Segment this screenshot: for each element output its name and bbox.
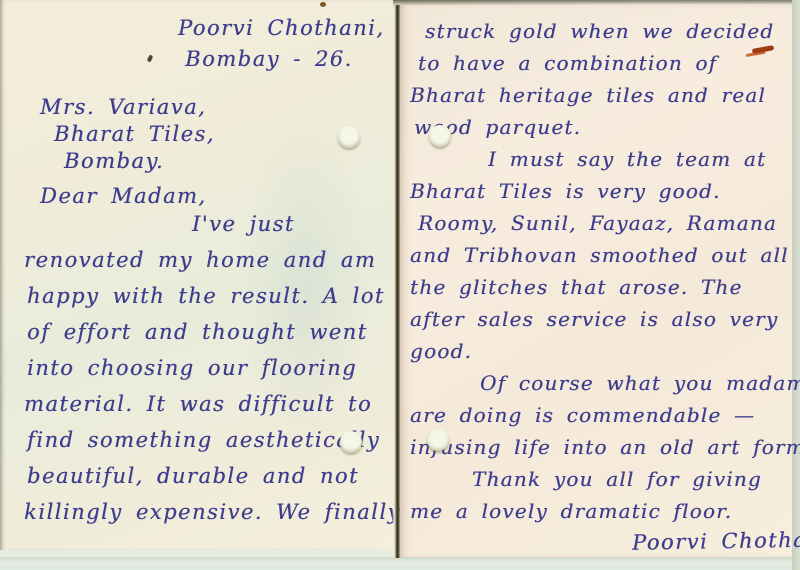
- handwritten-line: struck gold when we decided: [425, 15, 800, 47]
- recipient-address: Mrs. Variava,Bharat Tiles,Bombay.: [40, 94, 215, 175]
- handwritten-line: Roomy, Sunil, Fayaaz, Ramana: [418, 207, 800, 239]
- handwritten-line: and Tribhovan smoothed out all: [410, 239, 800, 271]
- handwritten-line: Of course what you madam: [480, 367, 800, 399]
- sender-heading-line: Bombay - 26.: [178, 44, 360, 75]
- handwritten-line: the glitches that arose. The: [410, 271, 800, 303]
- handwritten-line: infusing life into an old art form.: [410, 431, 800, 463]
- punch-hole-top-left: [338, 126, 360, 148]
- paper-speck: [320, 2, 326, 7]
- handwritten-line: into choosing our flooring: [27, 350, 401, 386]
- sender-heading: Poorvi Chothani,Bombay - 26.: [178, 13, 360, 75]
- handwritten-line: Bharat Tiles is very good.: [410, 175, 800, 207]
- handwritten-line: of effort and thought went: [27, 314, 401, 350]
- punch-hole-bottom-left: [340, 431, 362, 453]
- right-page-body: struck gold when we decidedto have a com…: [410, 15, 800, 527]
- scanned-letter: Poorvi Chothani,Bombay - 26. Mrs. Variav…: [0, 0, 800, 570]
- handwritten-line: me a lovely dramatic floor.: [410, 495, 800, 527]
- recipient-address-line: Mrs. Variava,: [40, 94, 215, 121]
- handwritten-line: beautiful, durable and not: [27, 458, 401, 494]
- handwritten-line: after sales service is also very: [410, 303, 800, 335]
- handwritten-line: I must say the team at: [488, 143, 800, 175]
- handwritten-line: wood parquet.: [414, 111, 800, 143]
- handwritten-line: material. It was difficult to: [24, 386, 401, 422]
- scan-edge-bottom: [0, 557, 800, 570]
- recipient-address-line: Bombay.: [64, 148, 215, 175]
- handwritten-line: Bharat heritage tiles and real: [410, 79, 800, 111]
- letter-page-left: Poorvi Chothani,Bombay - 26. Mrs. Variav…: [0, 0, 393, 550]
- signature: Poorvi Chothani.: [632, 527, 800, 555]
- handwritten-line: I've just: [192, 206, 401, 242]
- punch-hole-bottom-right: [427, 429, 449, 451]
- handwritten-line: are doing is commendable —: [410, 399, 800, 431]
- punch-hole-top-right: [429, 125, 451, 147]
- salutation: Dear Madam,: [40, 184, 207, 208]
- handwritten-line: Thank you all for giving: [472, 463, 800, 495]
- handwritten-line: happy with the result. A lot: [27, 278, 401, 314]
- handwritten-line: good.: [410, 335, 800, 367]
- sender-heading-line: Poorvi Chothani,: [178, 13, 360, 44]
- recipient-address-line: Bharat Tiles,: [54, 121, 215, 148]
- letter-page-right: struck gold when we decidedto have a com…: [400, 5, 792, 557]
- handwritten-line: to have a combination of: [418, 47, 800, 79]
- paper-speck: [147, 54, 154, 62]
- handwritten-line: renovated my home and am: [24, 242, 401, 278]
- left-page-body: I've justrenovated my home and amhappy w…: [24, 206, 401, 530]
- handwritten-line: killingly expensive. We finally: [24, 494, 401, 530]
